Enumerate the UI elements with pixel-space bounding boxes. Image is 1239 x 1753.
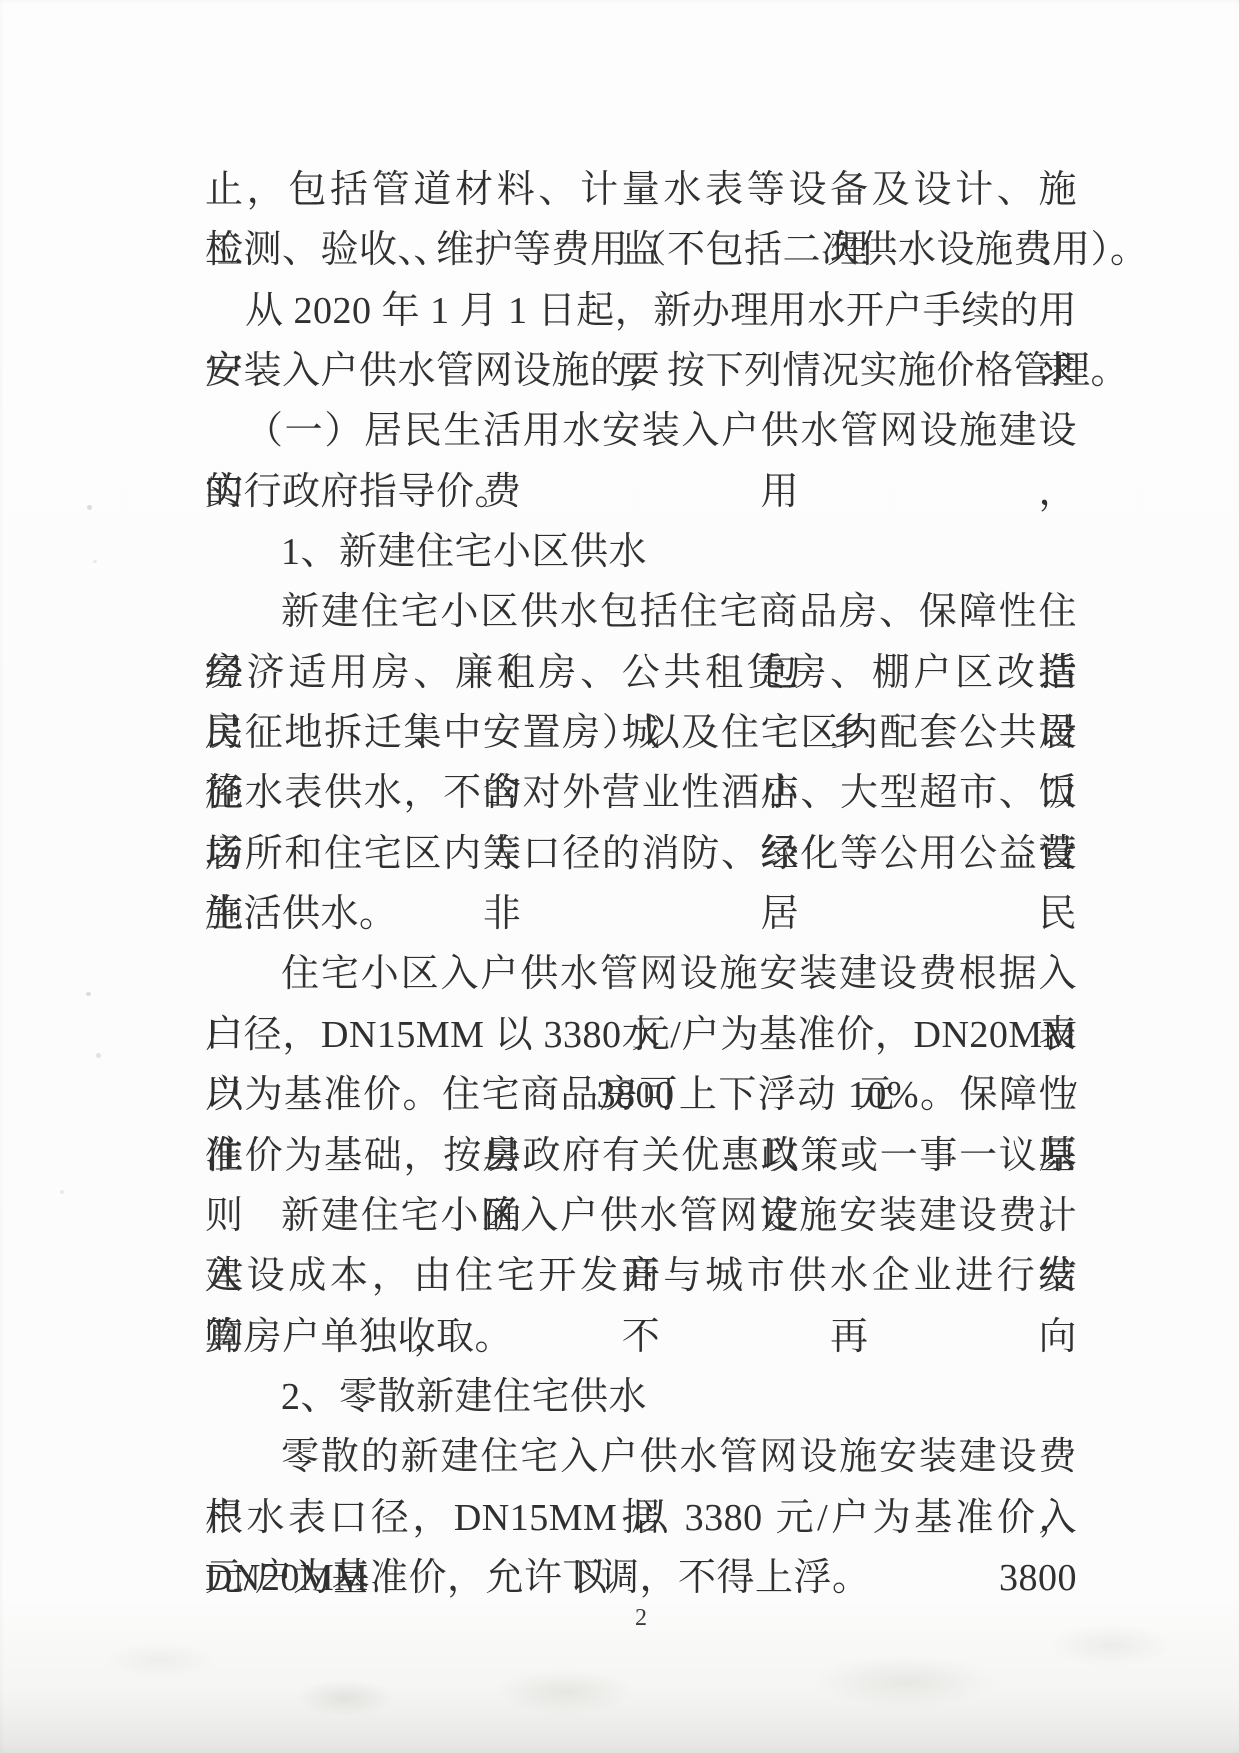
text-line: 2、零散新建住宅供水 bbox=[205, 1367, 1077, 1427]
text-line: 口径，DN15MM 以 3380 元/户为基准价，DN20MM 以 3800 元… bbox=[205, 1005, 1077, 1065]
text-line: 准价为基础，按县政府有关优惠政策或一事一议原则确定。 bbox=[205, 1126, 1077, 1186]
text-line: （一）居民生活用水安装入户供水管网设施建设的费用， bbox=[205, 401, 1077, 461]
scan-page: 止，包括管道材料、计量水表等设备及设计、施工、监理、检测、验收、维护等费用（不包… bbox=[0, 0, 1239, 1753]
text-line: 止，包括管道材料、计量水表等设备及设计、施工、监理、 bbox=[205, 160, 1077, 220]
text-line: 径水表供水，不含对外营业性酒店、大型超市、饭店等经营 bbox=[205, 763, 1077, 823]
scan-speck bbox=[60, 1190, 64, 1194]
text-line: 民征地拆迁集中安置房）以及住宅区内配套公共设施的小口 bbox=[205, 703, 1077, 763]
text-line: 从 2020 年 1 月 1 日起，新办理用水开户手续的用户要求 bbox=[205, 281, 1077, 341]
text-line: 场所和住宅区内大口径的消防、绿化等公用公益设施非居民 bbox=[205, 824, 1077, 884]
text-line: 安装入户供水管网设施的，按下列情况实施价格管理。 bbox=[205, 341, 1077, 401]
document-body: 止，包括管道材料、计量水表等设备及设计、施工、监理、检测、验收、维护等费用（不包… bbox=[205, 160, 1077, 1608]
text-line: 新建住宅小区供水包括住宅商品房、保障性住房（包括 bbox=[205, 582, 1077, 642]
scan-speck bbox=[86, 992, 91, 996]
page-number: 2 bbox=[205, 1598, 1077, 1638]
text-line: 新建住宅小区入户供水管网设施安装建设费计入开发 bbox=[205, 1186, 1077, 1246]
text-line: 户水表口径，DN15MM 以 3380 元/户为基准价，DN20MM 以 380… bbox=[205, 1488, 1077, 1548]
text-line: 建设成本，由住宅开发商与城市供水企业进行结算，不再向 bbox=[205, 1246, 1077, 1306]
text-line: 零散的新建住宅入户供水管网设施安装建设费根据入 bbox=[205, 1427, 1077, 1487]
scan-speck bbox=[93, 560, 97, 563]
scan-speck bbox=[96, 1053, 101, 1058]
text-line: 1、新建住宅小区供水 bbox=[205, 522, 1077, 582]
text-line: 经济适用房、廉租房、公共租赁房、棚户区改造房、城乡居 bbox=[205, 643, 1077, 703]
text-line: 住宅小区入户供水管网设施安装建设费根据入户水表 bbox=[205, 944, 1077, 1004]
scan-speck bbox=[87, 505, 92, 510]
text-line: 户为基准价。住宅商品房可上下浮动 10%。保障性住房以基 bbox=[205, 1065, 1077, 1125]
text-line: 检测、验收、维护等费用（不包括二次供水设施费用）。 bbox=[205, 220, 1077, 280]
